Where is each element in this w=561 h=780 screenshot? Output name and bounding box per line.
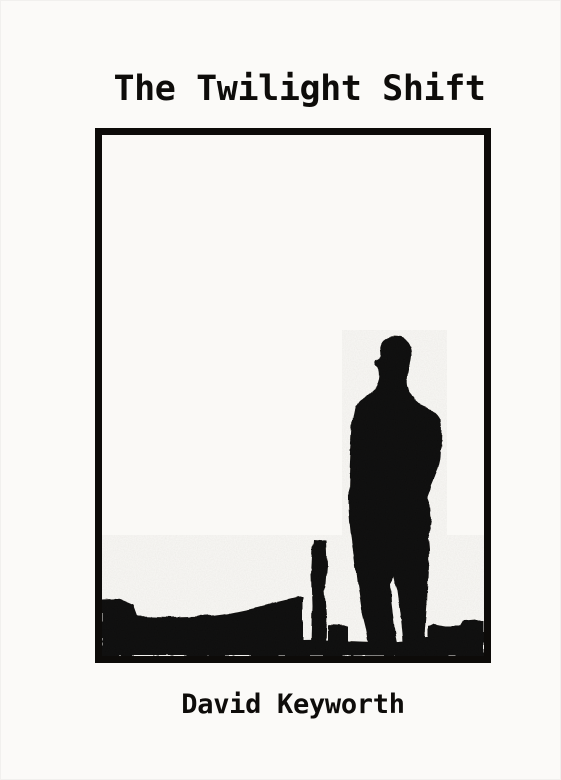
ink-texture-overlay [102, 330, 484, 656]
author-name: David Keyworth [25, 682, 561, 726]
book-cover: The Twilight Shift [0, 0, 561, 780]
cover-illustration [102, 135, 484, 656]
cover-illustration-frame [95, 128, 491, 663]
book-title: The Twilight Shift [38, 66, 561, 112]
